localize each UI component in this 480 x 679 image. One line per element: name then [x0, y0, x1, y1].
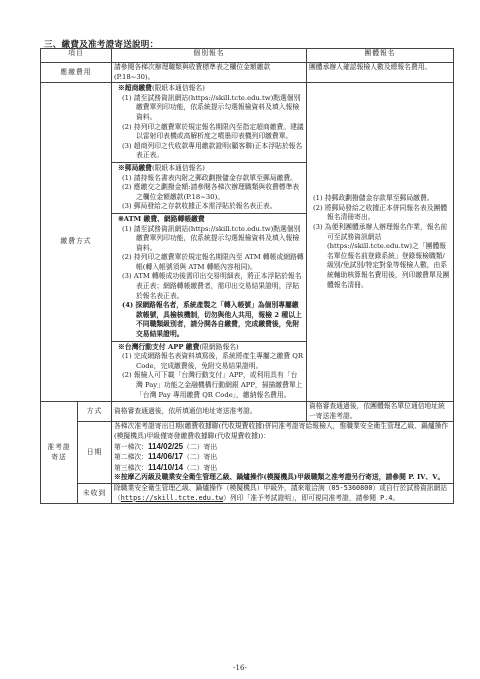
not-received-text: ）列印「准予考試證明」，即可視同准考證，請參閱 P.4。 — [223, 494, 399, 502]
section-title-post-office: ※郵局繳費 — [118, 164, 152, 172]
list-item: (4) 採網路報名者，系統產製之「轉入帳號」為個別專屬繳款帳號，具檢核機制，切勿… — [118, 301, 304, 339]
payment-label: 繳費方式 — [41, 83, 112, 402]
list-item: (2) 持列印之繳費單於規定報名期限內至 ATM 轉帳或網路轉帳(轉入帳號須與 … — [118, 253, 304, 272]
header-group: 團體報名 — [307, 49, 454, 63]
list-item: (2) 報檢人可下載「台灣行動支付」APP，或利用具有「台灣 Pay」功能之金融… — [118, 371, 304, 400]
payment-section-mobile-pay: ※台灣行動支付 APP 繳費(限網路報名) (1) 完成網路報名表資料填寫後，系… — [112, 342, 306, 402]
fee-group: 團體承辦人確認報檢人數及總報名費用。 — [307, 63, 454, 83]
date-content: 各梯次准考證寄出日期(繳費收據聯(代收規費收據)併同准考證寄給報檢人，惟職業安全… — [112, 422, 454, 484]
section-title-atm: ※ATM 繳費、網路轉帳繳費 — [118, 215, 304, 225]
list-item: (1) 持郵政劃撥儲金存款單至郵局繳費。 — [309, 194, 451, 204]
delivery-label: 准考證寄送 — [41, 402, 78, 504]
page-number: -16- — [0, 664, 480, 672]
header-individual: 個別報名 — [112, 49, 307, 63]
list-item: (2) 應繳交之劃撥金額:請參閱各梯次辦理職類與收費標準表之欄位金額繳款(P.1… — [118, 183, 304, 202]
fee-row: 應繳費用 請參閱各梯次辦理職類與收費標準表之欄位金額繳款(P.18~30)。 團… — [41, 63, 454, 83]
payment-section-convenience-store: ※超商繳費(限紙本通信報名) (1) 請至試務資訊網站(https://skil… — [112, 83, 306, 163]
payment-section-atm: ※ATM 繳費、網路轉帳繳費 (1) 請至試務資訊網站(https://skil… — [112, 214, 306, 342]
batch-date: 114/10/14 — [148, 463, 183, 472]
list-item: (3) 為便利團體承辦人辦理報名作業，報名前可至試務資訊網站(https://s… — [309, 223, 451, 290]
list-item: (3) 郵局發給之存款收據正本需浮貼於報名表正表。 — [118, 202, 304, 212]
list-item: (2) 將郵局發給之收據正本併同報名表及團體報名清冊寄出。 — [309, 204, 451, 223]
payment-row: 繳費方式 ※超商繳費(限紙本通信報名) (1) 請至試務資訊網站(https:/… — [41, 83, 454, 402]
list-item: (2) 持列印之繳費單於規定報名期限內至指定超商繳費。建議以雷射印表機或高解析度… — [118, 123, 304, 142]
not-received-label: 未收到 — [78, 483, 112, 503]
date-note: ※按摩乙丙級及職業安全衛生管理乙級、鍋爐操作(模擬機具)甲級職類之准考證另行寄送… — [114, 473, 451, 483]
date-label: 日期 — [78, 422, 112, 484]
not-received-row: 未收到 除職業安全衛生管理乙級、鍋爐操作（模擬機具）甲級外，請來電洽詢（05-5… — [41, 483, 454, 503]
fee-individual: 請參閱各梯次辦理職類與收費標準表之欄位金額繳款(P.18~30)。 — [112, 63, 307, 83]
fee-and-admission-table: 項目 個別報名 團體報名 應繳費用 請參閱各梯次辦理職類與收費標準表之欄位金額繳… — [40, 48, 454, 504]
list-item: (3) 超商列印之代收款專用繳款證明(顧客聯)正本浮貼於報名表正表。 — [118, 142, 304, 161]
section-title-mobile-pay: ※台灣行動支付 APP 繳費 — [118, 343, 199, 351]
section-note: (限紙本通信報名) — [152, 164, 205, 172]
payment-group-cell: (1) 持郵政劃撥儲金存款單至郵局繳費。 (2) 將郵局發給之收據正本併同報名表… — [307, 83, 454, 402]
list-item: (1) 請持報名書表內附之郵政劃撥儲金存款單至郵局繳費。 — [118, 174, 304, 184]
batch-3: 第三梯次：114/10/14（二）寄出 — [114, 463, 451, 474]
batch-suffix: （二）寄出 — [183, 453, 217, 461]
list-item: (1) 請至試務資訊網站(https://skill.tcte.edu.tw)點… — [118, 225, 304, 254]
list-item: (3) ATM 轉帳成功後需印出交易明細表，將正本浮貼於報名表正表；網路轉帳繳費… — [118, 272, 304, 301]
header-item: 項目 — [41, 49, 112, 63]
method-group: 資格審查通過後，依團體報名單位通信地址統一寄送准考證。 — [307, 402, 454, 422]
batch-suffix: （二）寄出 — [183, 464, 217, 472]
method-individual: 資格審查通過後，依所填通信地址寄送准考證。 — [112, 402, 307, 422]
batch-prefix: 第一梯次： — [114, 443, 148, 451]
not-received-content: 除職業安全衛生管理乙級、鍋爐操作（模擬機具）甲級外，請來電洽詢（05-53608… — [112, 483, 454, 503]
fee-label: 應繳費用 — [41, 63, 112, 83]
batch-prefix: 第二梯次： — [114, 453, 148, 461]
batch-2: 第二梯次：114/06/17（二）寄出 — [114, 452, 451, 463]
delivery-date-row: 日期 各梯次准考證寄出日期(繳費收據聯(代收規費收據)併同准考證寄給報檢人，惟職… — [41, 422, 454, 484]
payment-individual-cell: ※超商繳費(限紙本通信報名) (1) 請至試務資訊網站(https://skil… — [112, 83, 307, 402]
batch-date: 114/06/17 — [148, 452, 183, 461]
header-row: 項目 個別報名 團體報名 — [41, 49, 454, 63]
website-link[interactable]: https://skill.tcte.edu.tw — [121, 494, 223, 502]
section-note: (限網路報名) — [199, 343, 238, 351]
date-intro: 各梯次准考證寄出日期(繳費收據聯(代收規費收據)併同准考證寄給報檢人，惟職業安全… — [114, 422, 451, 441]
section-note: (限紙本通信報名) — [152, 84, 205, 92]
batch-prefix: 第三梯次： — [114, 464, 148, 472]
batch-suffix: （二）寄出 — [183, 443, 217, 451]
list-item: (1) 完成網路報名表資料填寫後，系統將產生專屬之繳費 QR Code，完成繳費… — [118, 352, 304, 371]
payment-section-post-office: ※郵局繳費(限紙本通信報名) (1) 請持報名書表內附之郵政劃撥儲金存款單至郵局… — [112, 163, 306, 214]
batch-1: 第一梯次：114/02/25（二）寄出 — [114, 442, 451, 453]
section-title-convenience-store: ※超商繳費 — [118, 84, 152, 92]
batch-date: 114/02/25 — [148, 442, 183, 451]
list-item: (1) 請至試務資訊網站(https://skill.tcte.edu.tw)點… — [118, 94, 304, 123]
method-label: 方式 — [78, 402, 112, 422]
delivery-method-row: 准考證寄送 方式 資格審查通過後，依所填通信地址寄送准考證。 資格審查通過後，依… — [41, 402, 454, 422]
